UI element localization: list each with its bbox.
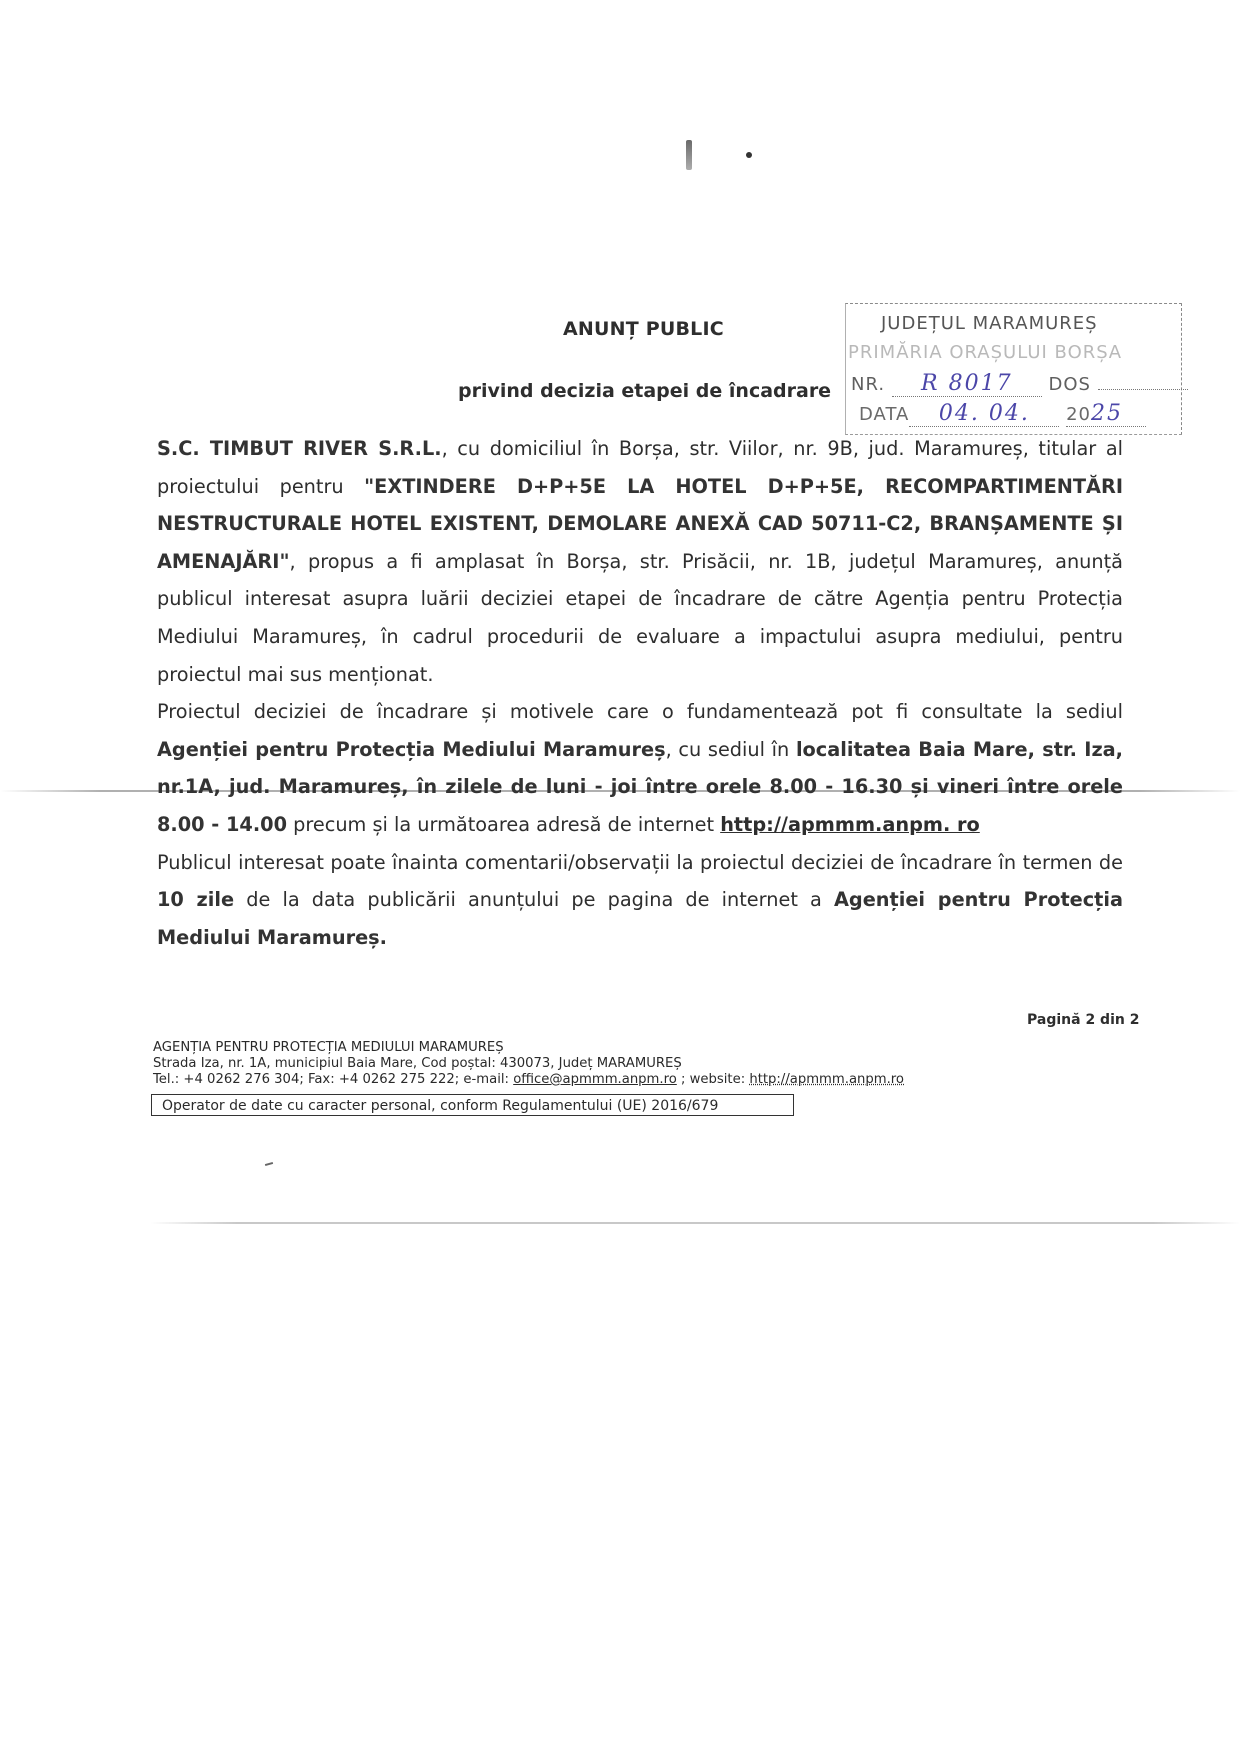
stamp-date-row: DATA04. 04. 2025 xyxy=(859,401,1146,427)
stamp-number-row: NR. R 8017 DOS xyxy=(851,371,1188,397)
stamp-nr-label: NR. xyxy=(851,374,885,395)
scan-artifact-tick xyxy=(265,1162,273,1166)
document-title: ANUNȚ PUBLIC xyxy=(563,318,724,340)
scan-artifact-dot xyxy=(746,152,752,158)
stamp-date-label: DATA xyxy=(859,404,909,425)
document-subtitle: privind decizia etapei de încadrare xyxy=(458,380,831,402)
agency-name: Agenției pentru Protecția Mediului Maram… xyxy=(157,738,666,761)
paragraph-consultation: Proiectul deciziei de încadrare și motiv… xyxy=(157,693,1123,843)
stamp-date-year-suffix: 25 xyxy=(1091,401,1123,426)
gdpr-notice-box: Operator de date cu caracter personal, c… xyxy=(151,1094,794,1116)
stamp-nr-value: R 8017 xyxy=(921,371,1013,396)
stamp-town-hall: PRIMĂRIA ORAȘULUI BORȘA xyxy=(848,342,1122,363)
footer-contact-line: Tel.: +4 0262 276 304; Fax: +4 0262 275 … xyxy=(153,1072,904,1088)
paragraph-comments: Publicul interesat poate înainta comenta… xyxy=(157,844,1123,957)
scan-artifact-mark xyxy=(686,140,692,170)
registration-stamp: JUDEȚUL MARAMUREȘ PRIMĂRIA ORAȘULUI BORȘ… xyxy=(845,303,1182,435)
footer-address: Strada Iza, nr. 1A, municipiul Baia Mare… xyxy=(153,1056,904,1072)
stamp-dos-label: DOS xyxy=(1049,374,1091,395)
agency-website-link[interactable]: http://apmmm.anpm. ro xyxy=(720,813,980,836)
comment-deadline: 10 zile xyxy=(157,888,234,911)
company-name: S.C. TIMBUT RIVER S.R.L. xyxy=(157,437,442,460)
stamp-date-day: 04 xyxy=(939,401,971,426)
footer-contact: AGENȚIA PENTRU PROTECȚIA MEDIULUI MARAMU… xyxy=(153,1040,904,1088)
scan-fold-line-bottom xyxy=(150,1222,1240,1224)
paragraph-applicant: S.C. TIMBUT RIVER S.R.L., cu domiciliul … xyxy=(157,430,1123,693)
announcement-body: S.C. TIMBUT RIVER S.R.L., cu domiciliul … xyxy=(157,430,1123,956)
stamp-date-year-prefix: 20 xyxy=(1066,404,1091,425)
stamp-date-month: 04 xyxy=(989,401,1021,426)
footer-org: AGENȚIA PENTRU PROTECȚIA MEDIULUI MARAMU… xyxy=(153,1040,904,1056)
footer-email-link[interactable]: office@apmmm.anpm.ro xyxy=(513,1072,677,1087)
footer-website-link[interactable]: http://apmmm.anpm.ro xyxy=(749,1072,904,1087)
stamp-county: JUDEȚUL MARAMUREȘ xyxy=(881,313,1098,334)
page-number: Pagină 2 din 2 xyxy=(1027,1012,1139,1028)
